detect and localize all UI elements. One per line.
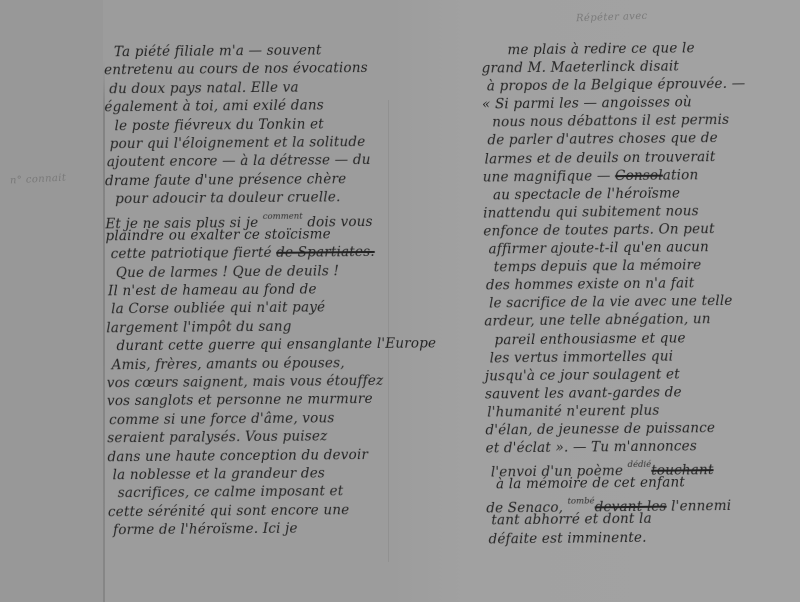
ink-text: temps depuis que la mémoire: [494, 257, 702, 275]
inserted-correction-text: dédié: [627, 460, 651, 470]
ink-text: cette patriotique fierté: [111, 245, 277, 262]
struck-out-text: Consol: [615, 167, 663, 183]
manuscript-line: défaite est imminente.: [486, 527, 776, 548]
manuscript-line: vos sanglots et personne ne murmure: [107, 390, 407, 411]
ink-text: cette sérénité qui sont encore une: [108, 502, 350, 520]
ink-text: inattendu qui subitement nous: [483, 203, 699, 221]
inserted-correction-text: comment: [263, 211, 303, 221]
ink-text: le sacrifice de la vie avec une telle: [489, 293, 733, 312]
manuscript-line: forme de l'héroïsme. Ici je: [108, 519, 408, 540]
ink-text: le poste fiévreux du Tonkin et: [114, 116, 323, 134]
ink-text: pour qui l'éloignement et la solitude: [110, 134, 366, 152]
ink-text: l'ennemi: [667, 498, 732, 515]
scanned-manuscript-page: { "document": { "kind": "scanned handwri…: [0, 0, 800, 602]
ink-text: jusqu'à ce jour soulagent et: [485, 366, 680, 384]
ink-text: une magnifique —: [483, 168, 615, 185]
ink-text: seraient paralysés. Vous puisez: [107, 429, 327, 447]
ink-text: drame faute d'une présence chère: [105, 171, 346, 189]
ink-text: grand M. Maeterlinck disait: [482, 59, 680, 77]
ink-text: tant abhorré et dont la: [491, 511, 652, 529]
ink-text: ajoutent encore — à la détresse — du: [107, 152, 371, 170]
manuscript-line: cette patriotique fierté de Spartiates.: [106, 243, 406, 264]
ink-text: l'humanité n'eurent plus: [487, 403, 659, 421]
ink-text: Il n'est de hameau au fond de: [108, 282, 317, 300]
ink-text: affirmer ajoute-t-il qu'en aucun: [488, 239, 709, 257]
ink-text: également à toi, ami exilé dans: [104, 98, 324, 116]
ink-text: Que de larmes ! Que de deuils !: [116, 263, 339, 281]
ink-text: Amis, frères, amants ou épouses,: [112, 355, 345, 373]
manuscript-line: le sacrifice de la vie avec une telle: [484, 292, 774, 313]
ink-text: sauvent les avant-gardes de: [485, 384, 682, 402]
ink-text: et d'éclat ». — Tu m'annonces: [486, 438, 698, 456]
manuscript-right-column: me plais à redire ce que legrand M. Maet…: [481, 38, 776, 548]
ink-text: pour adoucir ta douleur cruelle.: [115, 189, 340, 207]
struck-out-text: de Spartiates.: [276, 244, 375, 261]
manuscript-line: dans une haute conception du devoir: [107, 445, 407, 466]
ink-text: la noblesse et la grandeur des: [113, 465, 326, 483]
scan-left-margin-strip: [0, 0, 103, 602]
ink-text: la Corse oubliée qui n'ait payé: [111, 300, 325, 318]
ink-text: enfonce de toutes parts. On peut: [483, 221, 715, 239]
ink-text: « Si parmi les — angoisses où: [482, 95, 692, 113]
ink-text: à la mémoire de cet enfant: [496, 475, 685, 493]
ink-text: défaite est imminente.: [488, 529, 646, 547]
ink-text: Ta piété filiale m'a — souvent: [114, 42, 322, 60]
ink-text: vos cœurs saignent, mais vous étouffez: [107, 373, 384, 391]
ink-text: ation: [663, 167, 699, 183]
ink-text: me plais à redire ce que le: [507, 40, 694, 58]
ink-text: vos sanglots et personne ne murmure: [107, 391, 373, 409]
manuscript-line: Et je ne sais plus si je comment dois vo…: [105, 206, 405, 227]
ink-text: larmes et de deuils on trouverait: [485, 149, 716, 167]
ink-text: durant cette guerre qui ensanglante l'Eu…: [116, 336, 436, 355]
manuscript-left-column: Ta piété filiale m'a — souvententretenu …: [104, 41, 408, 540]
ink-text: du doux pays natal. Elle va: [109, 79, 299, 97]
ink-text: largement l'impôt du sang: [106, 319, 291, 337]
ink-text: sacrifices, ce calme imposant et: [118, 484, 344, 502]
manuscript-line: à propos de la Belgique éprouvée. —: [482, 75, 772, 96]
ink-text: comme si une force d'âme, vous: [109, 410, 334, 428]
manuscript-line: durant cette guerre qui ensanglante l'Eu…: [106, 335, 406, 356]
ink-text: d'élan, de jeunesse de puissance: [485, 420, 715, 438]
ink-text: à propos de la Belgique éprouvée. —: [487, 76, 746, 95]
ink-text: entretenu au cours de nos évocations: [104, 60, 368, 78]
inserted-correction-text: tombé: [568, 497, 595, 507]
manuscript-line: ajoutent encore — à la détresse — du: [105, 151, 405, 172]
ink-text: pareil enthousiasme et que: [494, 330, 685, 348]
manuscript-line: entretenu au cours de nos évocations: [104, 59, 404, 80]
ink-text: les vertus immortelles qui: [490, 348, 674, 366]
ink-text: nous nous débattons il est permis: [492, 112, 729, 130]
ink-text: au spectacle de l'héroïsme: [493, 185, 680, 203]
ink-text: des hommes existe on n'a fait: [486, 276, 695, 294]
ink-text: de parler d'autres choses que de: [487, 131, 718, 149]
manuscript-line: nous nous débattons il est permis: [482, 111, 772, 132]
ink-text: plaindre ou exalter ce stoïcisme: [105, 226, 330, 244]
ink-text: forme de l'héroïsme. Ici je: [113, 521, 298, 539]
ink-text: dans une haute conception du devoir: [107, 447, 368, 465]
ink-text: ardeur, une telle abnégation, un: [484, 312, 711, 330]
